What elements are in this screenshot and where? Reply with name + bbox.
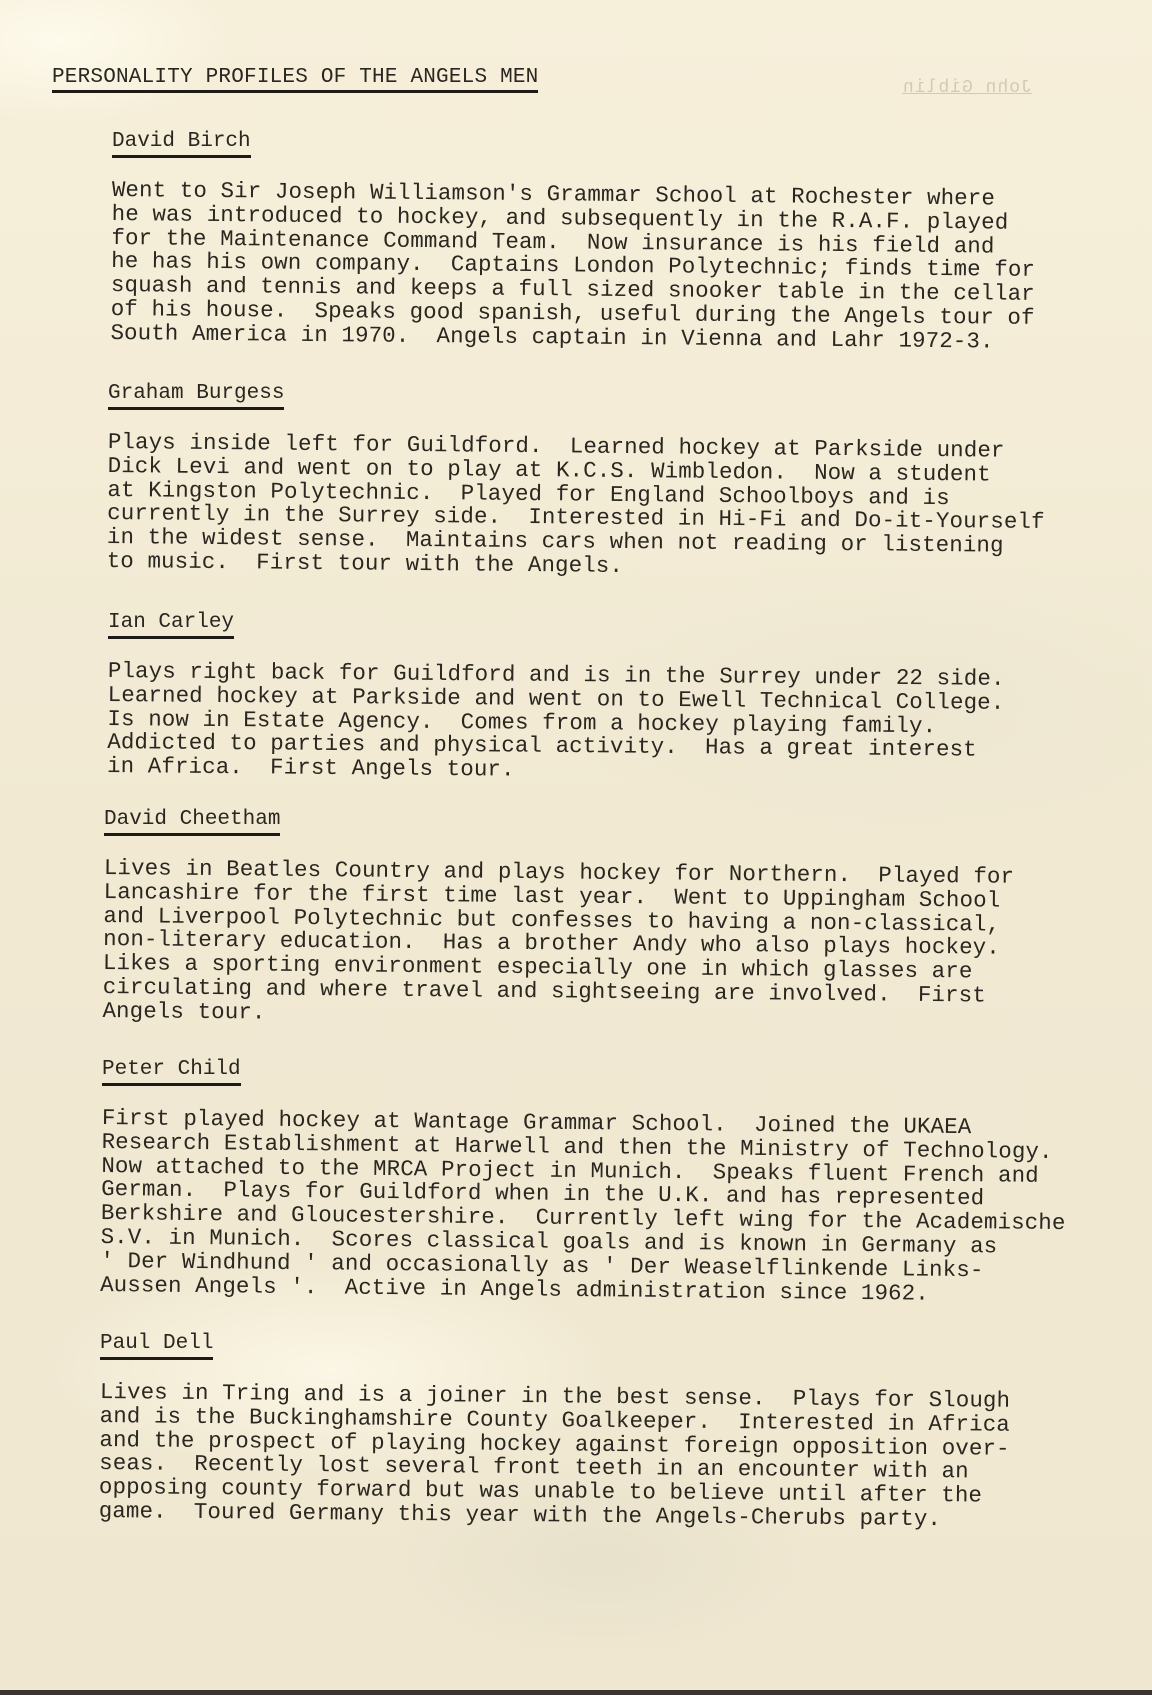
profile-body: Lives in Beatles Country and plays hocke… [102,857,1014,1032]
profile-body: Lives in Tring and is a joiner in the be… [99,1381,1011,1533]
page-title: PERSONALITY PROFILES OF THE ANGELS MEN [52,66,538,93]
profile-ian-carley: Ian Carley Plays right back for Guildfor… [108,611,1005,779]
profile-david-cheetham: David Cheetham Lives in Beatles Country … [104,808,1014,1024]
profile-name: Peter Child [102,1058,241,1086]
profile-paul-dell: Paul Dell Lives in Tring and is a joiner… [100,1332,1010,1524]
profile-david-birch: David Birch Went to Sir Joseph Williamso… [112,130,1036,346]
profile-name: David Cheetham [104,808,280,836]
profile-body: Plays right back for Guildford and is in… [107,660,1005,787]
document: PERSONALITY PROFILES OF THE ANGELS MEN D… [52,66,1132,93]
profile-graham-burgess: Graham Burgess Plays inside left for Gui… [108,382,1045,574]
profile-name: David Birch [112,130,251,158]
profile-name: Ian Carley [108,611,234,639]
profile-body: Plays inside left for Guildford. Learned… [107,431,1046,583]
profile-body: Went to Sir Joseph Williamson's Grammar … [110,179,1035,354]
profile-name: Paul Dell [100,1332,213,1360]
page-bottom-edge [0,1690,1152,1695]
profile-body: First played hockey at Wantage Grammar S… [100,1107,1067,1307]
profile-peter-child: Peter Child First played hockey at Wanta… [102,1058,1067,1297]
profile-name: Graham Burgess [108,382,284,410]
